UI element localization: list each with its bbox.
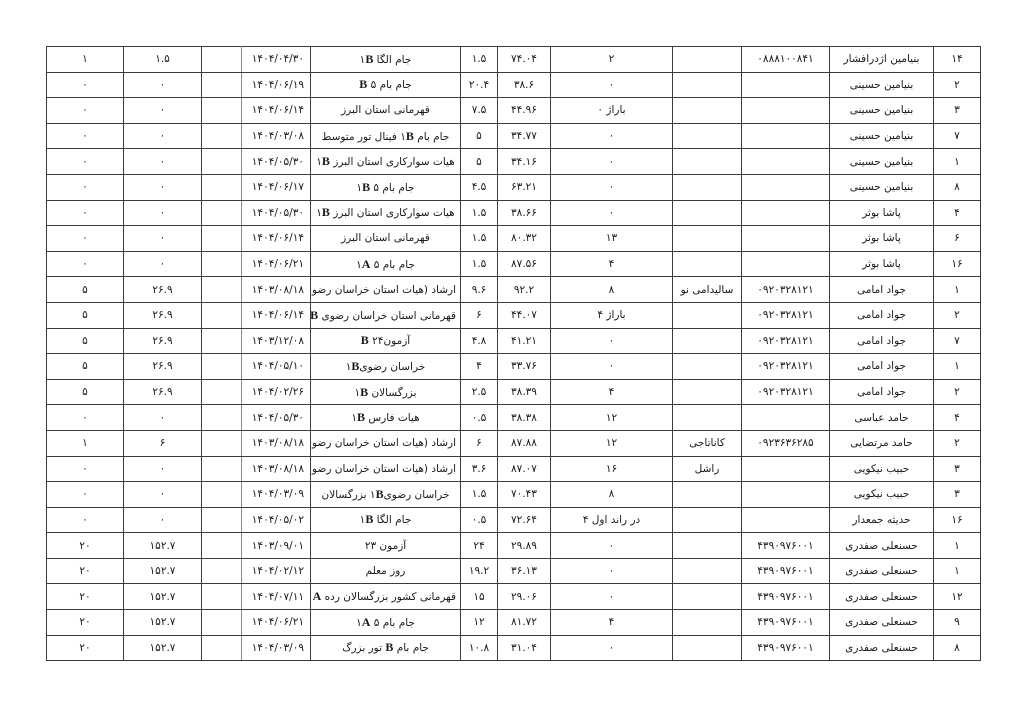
- round-cell: ۱: [934, 277, 981, 303]
- date-cell: ۱۴۰۴/۰۵/۰۲: [242, 507, 311, 533]
- date-cell: ۱۴۰۴/۰۵/۱۰: [242, 354, 311, 380]
- points-cell: ۳.۶: [461, 456, 498, 482]
- final-score-cell: ۲۰: [47, 584, 124, 610]
- rider-name-cell: بنیامین اژدرافشار: [830, 47, 934, 73]
- blank-cell: [202, 430, 242, 456]
- class-letter: B: [406, 129, 414, 143]
- event-cell: جام بام ۵ ۱A: [311, 610, 461, 636]
- rider-name-cell: حدیثه جمعدار: [830, 507, 934, 533]
- event-cell: جام بام ۵ ۱B: [311, 174, 461, 200]
- blank-cell: [202, 456, 242, 482]
- phone-cell: ۰۹۲۰۳۲۸۱۲۱: [742, 277, 830, 303]
- total-points-cell: ۱۵۲.۷: [124, 610, 202, 636]
- score-cell: ۶۳.۲۱: [498, 174, 551, 200]
- class-letter: B: [376, 487, 384, 501]
- phone-cell: ۴۳۹۰۹۷۶۰۰۱: [742, 584, 830, 610]
- score-cell: ۳۴.۷۷: [498, 123, 551, 149]
- event-cell: جام الگا ۱B: [311, 47, 461, 73]
- blank-cell: [202, 610, 242, 636]
- round-cell: ۴: [934, 405, 981, 431]
- points-cell: ۷.۵: [461, 98, 498, 124]
- phone-cell: ۰۹۲۰۳۲۸۱۲۱: [742, 379, 830, 405]
- horse-cell: [673, 354, 742, 380]
- event-cell: هیات فارس ۱B: [311, 405, 461, 431]
- horse-cell: [673, 174, 742, 200]
- event-cell: هیات سوارکاری استان البرز ۱B: [311, 200, 461, 226]
- phone-cell: [742, 200, 830, 226]
- total-points-cell: ۰: [124, 507, 202, 533]
- rider-name-cell: بنیامین حسینی: [830, 98, 934, 124]
- rider-name-cell: پاشا بوثر: [830, 251, 934, 277]
- final-score-cell: ۰: [47, 507, 124, 533]
- horse-cell: [673, 379, 742, 405]
- table-row: ۱ ۱.۵ ۱۴۰۴/۰۴/۳۰ جام الگا ۱B ۱.۵ ۷۴.۰۴ ۲…: [47, 47, 981, 73]
- points-cell: ۵: [461, 149, 498, 175]
- final-score-cell: ۵: [47, 302, 124, 328]
- total-points-cell: ۰: [124, 98, 202, 124]
- round-cell: ۲: [934, 302, 981, 328]
- class-letter: A: [362, 257, 371, 271]
- event-cell: جام بام ۵ ۱A: [311, 251, 461, 277]
- rank-note-cell: ۰: [551, 200, 673, 226]
- rider-name-cell: حبیب نیکویی: [830, 456, 934, 482]
- rider-name-cell: جواد امامی: [830, 354, 934, 380]
- blank-cell: [202, 277, 242, 303]
- phone-cell: [742, 98, 830, 124]
- score-cell: ۳۸.۶: [498, 72, 551, 98]
- final-score-cell: ۰: [47, 123, 124, 149]
- horse-cell: راشل: [673, 456, 742, 482]
- total-points-cell: ۰: [124, 226, 202, 252]
- rank-note-cell: ۸: [551, 277, 673, 303]
- final-score-cell: ۰: [47, 98, 124, 124]
- round-cell: ۹: [934, 610, 981, 636]
- table-row: ۰ ۰ ۱۴۰۴/۰۵/۳۰ هیات سوارکاری استان البرز…: [47, 149, 981, 175]
- phone-cell: ۰۹۲۳۶۳۶۲۸۵: [742, 430, 830, 456]
- event-cell: ارشاد (هیات استان خراسان رضوی): [311, 277, 461, 303]
- event-cell: جام الگا ۱B: [311, 507, 461, 533]
- final-score-cell: ۰: [47, 200, 124, 226]
- rider-name-cell: بنیامین حسینی: [830, 174, 934, 200]
- rank-note-cell: ۴: [551, 379, 673, 405]
- table-row: ۵ ۲۶.۹ ۱۴۰۴/۰۶/۱۴ قهرمانی استان خراسان ر…: [47, 302, 981, 328]
- rank-note-cell: ۱۳: [551, 226, 673, 252]
- score-cell: ۳۶.۱۳: [498, 558, 551, 584]
- date-cell: ۱۴۰۴/۰۵/۳۰: [242, 200, 311, 226]
- table-row: ۲۰ ۱۵۲.۷ ۱۴۰۴/۰۷/۱۱ قهرمانی کشور بزرگسال…: [47, 584, 981, 610]
- points-cell: ۴.۵: [461, 174, 498, 200]
- rank-note-cell: ۱۲: [551, 430, 673, 456]
- date-cell: ۱۴۰۴/۰۵/۳۰: [242, 149, 311, 175]
- horse-cell: [673, 405, 742, 431]
- round-cell: ۷: [934, 123, 981, 149]
- points-cell: ۵: [461, 123, 498, 149]
- total-points-cell: ۲۶.۹: [124, 302, 202, 328]
- final-score-cell: ۰: [47, 405, 124, 431]
- points-cell: ۴.۸: [461, 328, 498, 354]
- final-score-cell: ۰: [47, 72, 124, 98]
- date-cell: ۱۴۰۴/۰۶/۱۴: [242, 226, 311, 252]
- blank-cell: [202, 354, 242, 380]
- horse-cell: [673, 251, 742, 277]
- blank-cell: [202, 72, 242, 98]
- score-cell: ۷۰.۴۳: [498, 482, 551, 508]
- blank-cell: [202, 635, 242, 661]
- score-cell: ۳۱.۰۴: [498, 635, 551, 661]
- score-cell: ۷۲.۶۴: [498, 507, 551, 533]
- points-cell: ۶: [461, 302, 498, 328]
- date-cell: ۱۴۰۳/۰۸/۱۸: [242, 456, 311, 482]
- total-points-cell: ۱۵۲.۷: [124, 533, 202, 559]
- class-letter: A: [362, 615, 371, 629]
- date-cell: ۱۴۰۴/۰۳/۰۹: [242, 482, 311, 508]
- points-cell: ۲۰.۴: [461, 72, 498, 98]
- final-score-cell: ۲۰: [47, 610, 124, 636]
- total-points-cell: ۰: [124, 200, 202, 226]
- total-points-cell: ۰: [124, 72, 202, 98]
- date-cell: ۱۴۰۴/۰۶/۱۷: [242, 174, 311, 200]
- score-cell: ۴۴.۰۷: [498, 302, 551, 328]
- event-cell: خراسان رضوی۱B: [311, 354, 461, 380]
- phone-cell: [742, 174, 830, 200]
- score-cell: ۴۱.۲۱: [498, 328, 551, 354]
- rider-name-cell: حامد عباسی: [830, 405, 934, 431]
- score-cell: ۳۸.۶۶: [498, 200, 551, 226]
- rider-name-cell: حامد مرتضایی: [830, 430, 934, 456]
- table-row: ۰ ۰ ۱۴۰۴/۰۶/۱۴ قهرمانی استان البرز ۷.۵ ۴…: [47, 98, 981, 124]
- event-cell: قهرمانی استان البرز: [311, 226, 461, 252]
- blank-cell: [202, 405, 242, 431]
- rider-name-cell: حسنعلی صفدری: [830, 584, 934, 610]
- horse-cell: [673, 200, 742, 226]
- total-points-cell: ۱۵۲.۷: [124, 558, 202, 584]
- blank-cell: [202, 200, 242, 226]
- round-cell: ۲: [934, 72, 981, 98]
- horse-cell: [673, 123, 742, 149]
- event-cell: ارشاد (هیات استان خراسان رضوی): [311, 456, 461, 482]
- phone-cell: ۰۹۲۰۳۲۸۱۲۱: [742, 354, 830, 380]
- score-cell: ۸۷.۰۷: [498, 456, 551, 482]
- date-cell: ۱۴۰۴/۰۶/۱۴: [242, 302, 311, 328]
- round-cell: ۳: [934, 456, 981, 482]
- round-cell: ۱: [934, 558, 981, 584]
- horse-cell: [673, 47, 742, 73]
- blank-cell: [202, 302, 242, 328]
- points-cell: ۱۵: [461, 584, 498, 610]
- total-points-cell: ۰: [124, 123, 202, 149]
- final-score-cell: ۰: [47, 251, 124, 277]
- rider-name-cell: پاشا بوثر: [830, 200, 934, 226]
- final-score-cell: ۲۰: [47, 558, 124, 584]
- score-cell: ۳۸.۳۹: [498, 379, 551, 405]
- total-points-cell: ۰: [124, 251, 202, 277]
- final-score-cell: ۰: [47, 174, 124, 200]
- final-score-cell: ۵: [47, 379, 124, 405]
- round-cell: ۸: [934, 635, 981, 661]
- final-score-cell: ۵: [47, 277, 124, 303]
- round-cell: ۱۲: [934, 584, 981, 610]
- event-cell: قهرمانی کشور بزرگسالان رده A: [311, 584, 461, 610]
- total-points-cell: ۲۶.۹: [124, 277, 202, 303]
- table-row: ۰ ۰ ۱۴۰۴/۰۵/۰۲ جام الگا ۱B ۰.۵ ۷۲.۶۴ در …: [47, 507, 981, 533]
- score-cell: ۷۴.۰۴: [498, 47, 551, 73]
- total-points-cell: ۲۶.۹: [124, 328, 202, 354]
- rank-note-cell: ۰: [551, 174, 673, 200]
- rank-note-cell: ۰: [551, 533, 673, 559]
- points-cell: ۱.۵: [461, 226, 498, 252]
- final-score-cell: ۲۰: [47, 533, 124, 559]
- class-letter: B: [351, 359, 359, 373]
- class-letter: B: [362, 180, 370, 194]
- points-cell: ۲۴: [461, 533, 498, 559]
- horse-cell: سالیدامی نو: [673, 277, 742, 303]
- horse-cell: کاناتاجی: [673, 430, 742, 456]
- total-points-cell: ۰: [124, 405, 202, 431]
- table-row: ۲۰ ۱۵۲.۷ ۱۴۰۴/۰۶/۲۱ جام بام ۵ ۱A ۱۲ ۸۱.۷…: [47, 610, 981, 636]
- table-row: ۲۰ ۱۵۲.۷ ۱۴۰۴/۰۳/۰۹ جام بام B تور بزرگ ۱…: [47, 635, 981, 661]
- blank-cell: [202, 584, 242, 610]
- date-cell: ۱۴۰۴/۰۲/۲۶: [242, 379, 311, 405]
- class-letter: B: [361, 333, 369, 347]
- rank-note-cell: ۰: [551, 72, 673, 98]
- blank-cell: [202, 507, 242, 533]
- event-cell: قهرمانی استان البرز: [311, 98, 461, 124]
- rank-note-cell: ۲: [551, 47, 673, 73]
- points-cell: ۶: [461, 430, 498, 456]
- rank-note-cell: ۰: [551, 584, 673, 610]
- horse-cell: [673, 482, 742, 508]
- score-cell: ۸۷.۵۶: [498, 251, 551, 277]
- rank-note-cell: ۱۶: [551, 456, 673, 482]
- date-cell: ۱۴۰۴/۰۲/۱۲: [242, 558, 311, 584]
- results-table: ۱ ۱.۵ ۱۴۰۴/۰۴/۳۰ جام الگا ۱B ۱.۵ ۷۴.۰۴ ۲…: [46, 46, 981, 661]
- table-row: ۰ ۰ ۱۴۰۴/۰۳/۰۸ جام بام ۱B فینال تور متوس…: [47, 123, 981, 149]
- score-cell: ۸۷.۸۸: [498, 430, 551, 456]
- points-cell: ۱.۵: [461, 251, 498, 277]
- total-points-cell: ۶: [124, 430, 202, 456]
- horse-cell: [673, 584, 742, 610]
- date-cell: ۱۴۰۴/۰۶/۲۱: [242, 251, 311, 277]
- final-score-cell: ۰: [47, 226, 124, 252]
- rank-note-cell: باراژ ۰: [551, 98, 673, 124]
- points-cell: ۱.۵: [461, 482, 498, 508]
- phone-cell: ۰۹۲۰۳۲۸۱۲۱: [742, 328, 830, 354]
- round-cell: ۱۶: [934, 507, 981, 533]
- date-cell: ۱۴۰۳/۰۸/۱۸: [242, 277, 311, 303]
- table-row: ۰ ۰ ۱۴۰۳/۰۸/۱۸ ارشاد (هیات استان خراسان …: [47, 456, 981, 482]
- points-cell: ۴: [461, 354, 498, 380]
- class-letter: B: [365, 52, 373, 66]
- table-row: ۰ ۰ ۱۴۰۴/۰۶/۲۱ جام بام ۵ ۱A ۱.۵ ۸۷.۵۶ ۴ …: [47, 251, 981, 277]
- score-cell: ۴۴.۹۶: [498, 98, 551, 124]
- rider-name-cell: جواد امامی: [830, 277, 934, 303]
- phone-cell: [742, 482, 830, 508]
- event-cell: قهرمانی استان خراسان رضوی B: [311, 302, 461, 328]
- total-points-cell: ۲۶.۹: [124, 379, 202, 405]
- event-cell: ارشاد (هیات استان خراسان رضوی): [311, 430, 461, 456]
- score-cell: ۳۴.۱۶: [498, 149, 551, 175]
- date-cell: ۱۴۰۴/۰۴/۳۰: [242, 47, 311, 73]
- rank-note-cell: باراژ ۴: [551, 302, 673, 328]
- rider-name-cell: جواد امامی: [830, 379, 934, 405]
- blank-cell: [202, 533, 242, 559]
- round-cell: ۳: [934, 482, 981, 508]
- points-cell: ۱۲: [461, 610, 498, 636]
- round-cell: ۶: [934, 226, 981, 252]
- rider-name-cell: بنیامین حسینی: [830, 149, 934, 175]
- rank-note-cell: ۱۲: [551, 405, 673, 431]
- total-points-cell: ۰: [124, 456, 202, 482]
- round-cell: ۱: [934, 354, 981, 380]
- total-points-cell: ۰: [124, 174, 202, 200]
- points-cell: ۱.۵: [461, 47, 498, 73]
- rank-note-cell: ۰: [551, 328, 673, 354]
- score-cell: ۸۱.۷۲: [498, 610, 551, 636]
- blank-cell: [202, 251, 242, 277]
- table-row: ۵ ۲۶.۹ ۱۴۰۳/۱۲/۰۸ آزمون۲۴ B ۴.۸ ۴۱.۲۱ ۰ …: [47, 328, 981, 354]
- horse-cell: [673, 149, 742, 175]
- table-row: ۲۰ ۱۵۲.۷ ۱۴۰۴/۰۲/۱۲ روز معلم ۱۹.۲ ۳۶.۱۳ …: [47, 558, 981, 584]
- total-points-cell: ۱۵۲.۷: [124, 635, 202, 661]
- round-cell: ۱: [934, 533, 981, 559]
- final-score-cell: ۰: [47, 149, 124, 175]
- class-letter: B: [360, 385, 368, 399]
- points-cell: ۱۰.۸: [461, 635, 498, 661]
- date-cell: ۱۴۰۴/۰۶/۱۴: [242, 98, 311, 124]
- class-letter: B: [357, 410, 365, 424]
- phone-cell: ۴۳۹۰۹۷۶۰۰۱: [742, 635, 830, 661]
- horse-cell: [673, 302, 742, 328]
- rider-name-cell: حسنعلی صفدری: [830, 533, 934, 559]
- event-cell: جام بام ۱B فینال تور متوسط: [311, 123, 461, 149]
- rider-name-cell: حسنعلی صفدری: [830, 635, 934, 661]
- rider-name-cell: جواد امامی: [830, 302, 934, 328]
- class-letter: B: [311, 308, 319, 322]
- rank-note-cell: ۰: [551, 558, 673, 584]
- event-cell: روز معلم: [311, 558, 461, 584]
- total-points-cell: ۰: [124, 482, 202, 508]
- phone-cell: [742, 123, 830, 149]
- round-cell: ۱۶: [934, 251, 981, 277]
- horse-cell: [673, 328, 742, 354]
- table-row: ۰ ۰ ۱۴۰۴/۰۶/۱۹ جام بام ۵ B ۲۰.۴ ۳۸.۶ ۰ ب…: [47, 72, 981, 98]
- blank-cell: [202, 47, 242, 73]
- date-cell: ۱۴۰۳/۰۸/۱۸: [242, 430, 311, 456]
- date-cell: ۱۴۰۴/۰۳/۰۹: [242, 635, 311, 661]
- final-score-cell: ۰: [47, 456, 124, 482]
- horse-cell: [673, 610, 742, 636]
- event-cell: هیات سوارکاری استان البرز ۱B: [311, 149, 461, 175]
- blank-cell: [202, 149, 242, 175]
- table-body: ۱ ۱.۵ ۱۴۰۴/۰۴/۳۰ جام الگا ۱B ۱.۵ ۷۴.۰۴ ۲…: [47, 47, 981, 661]
- score-cell: ۲۹.۸۹: [498, 533, 551, 559]
- table-row: ۵ ۲۶.۹ ۱۴۰۴/۰۲/۲۶ بزرگسالان ۱B ۲.۵ ۳۸.۳۹…: [47, 379, 981, 405]
- phone-cell: [742, 149, 830, 175]
- rank-note-cell: ۸: [551, 482, 673, 508]
- rank-note-cell: ۴: [551, 610, 673, 636]
- score-cell: ۲۹.۰۶: [498, 584, 551, 610]
- class-letter: B: [322, 205, 330, 219]
- horse-cell: [673, 98, 742, 124]
- date-cell: ۱۴۰۴/۰۶/۱۹: [242, 72, 311, 98]
- round-cell: ۴: [934, 200, 981, 226]
- phone-cell: [742, 456, 830, 482]
- event-cell: بزرگسالان ۱B: [311, 379, 461, 405]
- round-cell: ۱۴: [934, 47, 981, 73]
- final-score-cell: ۵: [47, 354, 124, 380]
- date-cell: ۱۴۰۴/۰۳/۰۸: [242, 123, 311, 149]
- points-cell: ۹.۶: [461, 277, 498, 303]
- round-cell: ۲: [934, 379, 981, 405]
- date-cell: ۱۴۰۴/۰۶/۲۱: [242, 610, 311, 636]
- score-cell: ۸۰.۳۲: [498, 226, 551, 252]
- phone-cell: ۴۳۹۰۹۷۶۰۰۱: [742, 533, 830, 559]
- table-row: ۵ ۲۶.۹ ۱۴۰۳/۰۸/۱۸ ارشاد (هیات استان خراس…: [47, 277, 981, 303]
- phone-cell: ۴۳۹۰۹۷۶۰۰۱: [742, 558, 830, 584]
- round-cell: ۱: [934, 149, 981, 175]
- blank-cell: [202, 174, 242, 200]
- table-row: ۱ ۶ ۱۴۰۳/۰۸/۱۸ ارشاد (هیات استان خراسان …: [47, 430, 981, 456]
- horse-cell: [673, 558, 742, 584]
- class-letter: B: [365, 512, 373, 526]
- table-row: ۰ ۰ ۱۴۰۴/۰۵/۳۰ هیات فارس ۱B ۰.۵ ۳۸.۳۸ ۱۲…: [47, 405, 981, 431]
- blank-cell: [202, 123, 242, 149]
- class-letter: B: [359, 77, 367, 91]
- blank-cell: [202, 328, 242, 354]
- round-cell: ۸: [934, 174, 981, 200]
- date-cell: ۱۴۰۳/۰۹/۰۱: [242, 533, 311, 559]
- rank-note-cell: ۰: [551, 123, 673, 149]
- blank-cell: [202, 379, 242, 405]
- rank-note-cell: ۰: [551, 149, 673, 175]
- table-row: ۰ ۰ ۱۴۰۴/۰۶/۱۷ جام بام ۵ ۱B ۴.۵ ۶۳.۲۱ ۰ …: [47, 174, 981, 200]
- rider-name-cell: جواد امامی: [830, 328, 934, 354]
- rider-name-cell: پاشا بوثر: [830, 226, 934, 252]
- points-cell: ۱۹.۲: [461, 558, 498, 584]
- total-points-cell: ۱۵۲.۷: [124, 584, 202, 610]
- rider-name-cell: بنیامین حسینی: [830, 72, 934, 98]
- event-cell: خراسان رضوی۱B بزرگسالان: [311, 482, 461, 508]
- blank-cell: [202, 558, 242, 584]
- phone-cell: ۴۳۹۰۹۷۶۰۰۱: [742, 610, 830, 636]
- class-letter: B: [385, 640, 393, 654]
- phone-cell: [742, 226, 830, 252]
- date-cell: ۱۴۰۳/۱۲/۰۸: [242, 328, 311, 354]
- blank-cell: [202, 482, 242, 508]
- event-cell: جام بام B تور بزرگ: [311, 635, 461, 661]
- blank-cell: [202, 226, 242, 252]
- date-cell: ۱۴۰۴/۰۷/۱۱: [242, 584, 311, 610]
- rank-note-cell: ۴: [551, 251, 673, 277]
- table-row: ۰ ۰ ۱۴۰۴/۰۳/۰۹ خراسان رضوی۱B بزرگسالان ۱…: [47, 482, 981, 508]
- phone-cell: [742, 72, 830, 98]
- total-points-cell: ۲۶.۹: [124, 354, 202, 380]
- horse-cell: [673, 72, 742, 98]
- blank-cell: [202, 98, 242, 124]
- round-cell: ۷: [934, 328, 981, 354]
- rider-name-cell: حسنعلی صفدری: [830, 558, 934, 584]
- final-score-cell: ۵: [47, 328, 124, 354]
- total-points-cell: ۰: [124, 149, 202, 175]
- rider-name-cell: بنیامین حسینی: [830, 123, 934, 149]
- phone-cell: ۰۸۸۸۱۰۰۸۴۱: [742, 47, 830, 73]
- rider-name-cell: حسنعلی صفدری: [830, 610, 934, 636]
- total-points-cell: ۱.۵: [124, 47, 202, 73]
- points-cell: ۲.۵: [461, 379, 498, 405]
- score-cell: ۳۸.۳۸: [498, 405, 551, 431]
- round-cell: ۲: [934, 430, 981, 456]
- round-cell: ۳: [934, 98, 981, 124]
